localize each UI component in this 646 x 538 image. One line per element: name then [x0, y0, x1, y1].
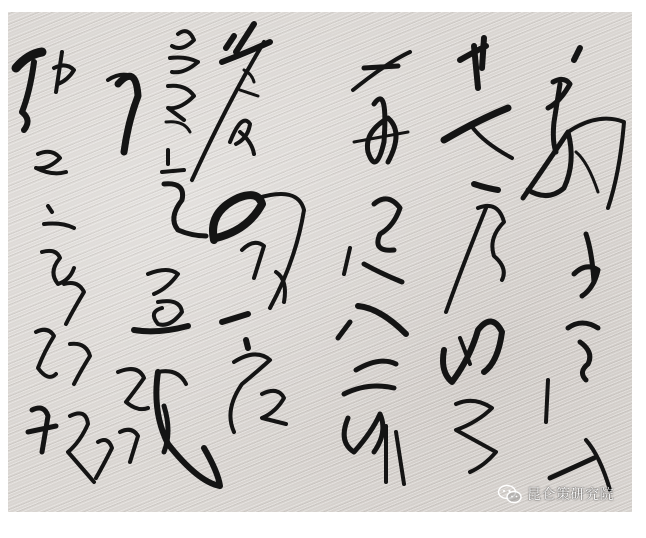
calligraphy-paper: 昆仑策研究院 — [8, 12, 632, 512]
calligraphy-strokes — [8, 12, 632, 512]
column-2 — [443, 38, 512, 472]
column-4 — [192, 24, 304, 432]
column-5 — [108, 31, 220, 486]
column-7 — [118, 369, 148, 462]
column-6 — [16, 52, 112, 482]
column-3 — [338, 52, 410, 484]
watermark: 昆仑策研究院 — [497, 484, 614, 504]
column-1 — [523, 48, 624, 490]
watermark-text: 昆仑策研究院 — [527, 484, 614, 504]
wechat-icon — [497, 484, 523, 504]
